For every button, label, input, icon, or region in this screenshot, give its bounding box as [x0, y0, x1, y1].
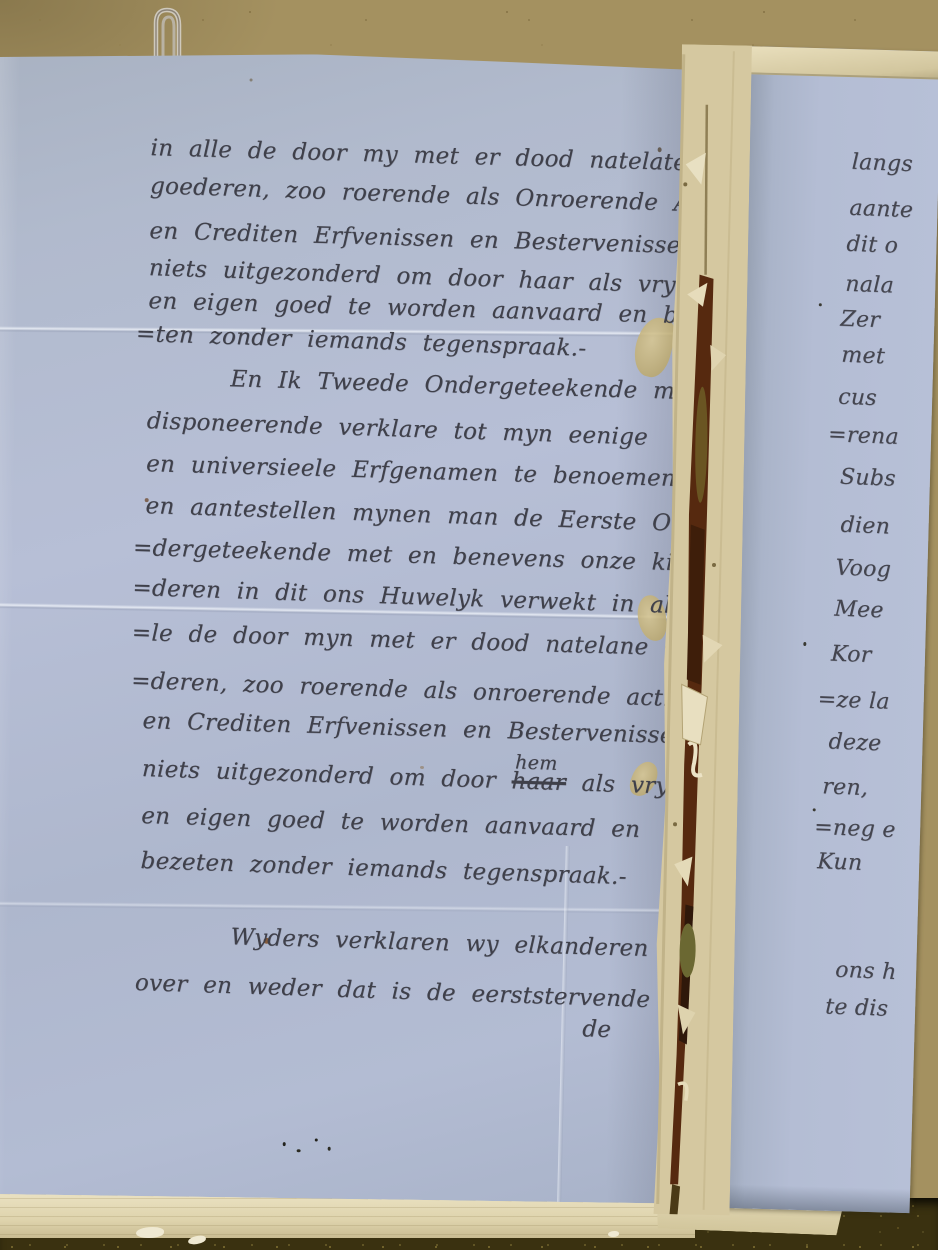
manuscript-fragment: =rena — [828, 422, 900, 450]
manuscript-line: =le de door myn met er dood natelane Goe — [131, 620, 682, 662]
manuscript-line: =ten zonder iemands tegenspraak.- — [136, 321, 587, 362]
manuscript-fragment: =neg e — [814, 815, 896, 843]
manuscript-line: bezeten zonder iemands tegenspraak.- — [140, 848, 627, 890]
inserted-word: hem — [515, 751, 558, 774]
manuscript-fragment: langs — [851, 150, 913, 177]
manuscript-line: en Crediten Erfvenissen en Bestervenisse… — [149, 218, 683, 259]
manuscript-fragment: Kun — [817, 849, 863, 876]
manuscript-fragment: nala — [845, 272, 895, 299]
manuscript-line: en aantestellen mynen man de Eerste On — [145, 493, 683, 537]
manuscript-fragment: ons h — [835, 958, 897, 985]
manuscript-line: En Ik Tweede Ondergeteekende mede — [230, 366, 683, 406]
correction: hemhaar — [511, 768, 566, 796]
manuscript-fragment: dit o — [846, 232, 899, 259]
left-page: in alle de door my met er dood natelaten… — [0, 48, 683, 1203]
manuscript-fragment: Zer — [840, 307, 881, 334]
ink-speck — [819, 303, 822, 306]
manuscript-line: en Crediten Erfvenissen en Bestervenisse… — [142, 708, 683, 749]
manuscript-line: en eigen goed te worden aanvaard en — [141, 803, 641, 843]
manuscript-fragment: deze — [828, 729, 882, 756]
ink-speck — [803, 642, 806, 646]
manuscript-fragment: Subs — [840, 465, 897, 492]
manuscript-fragment: ren, — [822, 774, 869, 801]
manuscript-fragment: Voog — [835, 556, 892, 583]
catchword: de — [582, 1016, 612, 1043]
manuscript-fragment: =ze la — [817, 687, 890, 715]
manuscript-line: =deren, zoo roerende als onroerende acti… — [131, 668, 683, 713]
manuscript-fragment: cus — [838, 385, 878, 411]
manuscript-line: in alle de door my met er dood natelaten — [150, 135, 683, 176]
manuscript-line: disponeerende verklare tot myn eenige — [146, 408, 648, 451]
manuscript-fragment: te dis — [825, 994, 889, 1021]
manuscript-fragment: Mee — [834, 597, 884, 624]
manuscript-text: in alle de door my met er dood natelaten… — [0, 48, 683, 1203]
manuscript-line: =deren in dit ons Huwelyk verwekt in al — [132, 575, 672, 619]
manuscript-line-with-correction: niets uitgezonderd om door hemhaar als v… — [142, 756, 683, 800]
line-text-pre: niets uitgezonderd om door — [142, 756, 512, 794]
manuscript-line: goederen, zoo roerende als Onroerende Ac… — [150, 173, 683, 219]
paperclip — [146, 5, 194, 61]
manuscript-line: Wyders verklaren wy elkanderen — [230, 924, 649, 962]
ink-speck — [813, 808, 816, 811]
manuscript-line: =dergeteekende met en benevens onze kind… — [133, 535, 683, 577]
manuscript-line: en universieele Erfgenamen te benoemen — [146, 451, 677, 492]
manuscript-fragment: met — [841, 343, 886, 370]
page-edge-band — [741, 46, 938, 80]
manuscript-line: over en weder dat is de eerststervende — [135, 970, 651, 1013]
manuscript-fragment: aante — [849, 196, 914, 223]
manuscript-fragment: Kor — [831, 642, 872, 669]
manuscript-fragment: dien — [840, 513, 890, 540]
photo-scene: in alle de door my met er dood natelaten… — [0, 0, 938, 1250]
